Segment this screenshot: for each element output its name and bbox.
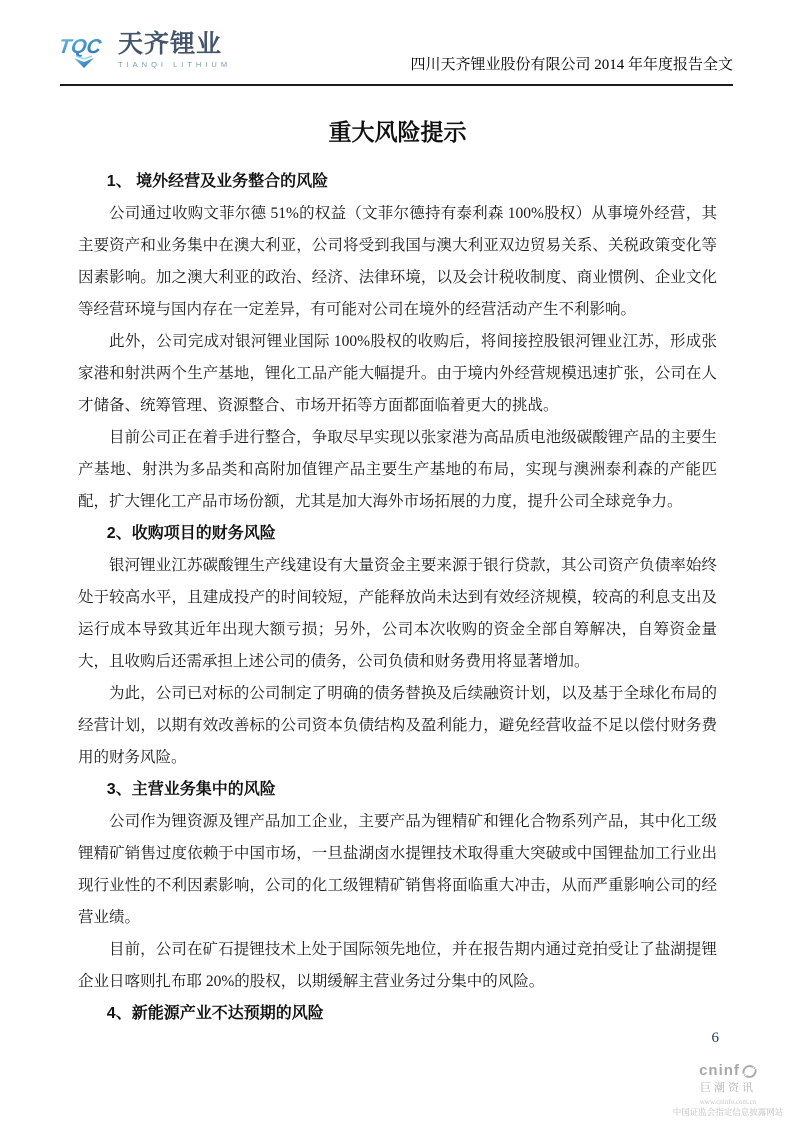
section-1-heading: 1、 境外经营及业务整合的风险 (78, 166, 717, 198)
cninfo-url: www.cninfo.com.cn (669, 1098, 787, 1107)
report-page: TQC 天齐锂业 TIANQI LITHIUM 四川天齐锂业股份有限公司 201… (0, 0, 793, 1122)
section-1-paragraph: 目前公司正在着手进行整合，争取尽早实现以张家港为高品质电池级碳酸锂产品的主要生产… (78, 422, 717, 518)
cninfo-brand-text: cninf (699, 1062, 740, 1081)
cninfo-name-cn: 巨潮资讯 (669, 1082, 787, 1096)
cninfo-swirl-icon (742, 1064, 757, 1079)
cninfo-tagline: 中国证监会指定信息披露网站 (669, 1107, 787, 1118)
svg-text:TQC: TQC (60, 36, 103, 58)
logo-text: 天齐锂业 TIANQI LITHIUM (118, 32, 231, 69)
section-3-paragraph: 公司作为锂资源及锂产品加工企业，主要产品为锂精矿和锂化合物系列产品，其中化工级锂… (78, 806, 717, 934)
company-logo: TQC 天齐锂业 TIANQI LITHIUM (60, 32, 231, 76)
tqc-logo-icon: TQC (60, 32, 112, 76)
section-3-heading: 3、主营业务集中的风险 (78, 774, 717, 806)
page-header: TQC 天齐锂业 TIANQI LITHIUM 四川天齐锂业股份有限公司 201… (60, 32, 733, 86)
logo-name-cn: 天齐锂业 (118, 32, 231, 57)
section-4-heading: 4、新能源产业不达预期的风险 (78, 998, 717, 1030)
section-2-paragraph: 为此，公司已对标的公司制定了明确的债务替换及后续融资计划，以及基于全球化布局的经… (78, 678, 717, 774)
header-report-title: 四川天齐锂业股份有限公司 2014 年年度报告全文 (410, 53, 733, 76)
section-1-paragraph: 此外，公司完成对银河锂业国际 100%股权的收购后，将间接控股银河锂业江苏，形成… (78, 326, 717, 422)
page-title: 重大风险提示 (78, 112, 717, 152)
section-1-paragraph: 公司通过收购文菲尔德 51%的权益（文菲尔德持有泰利森 100%股权）从事境外经… (78, 198, 717, 326)
cninfo-watermark: cninf 巨潮资讯 www.cninfo.com.cn 中国证监会指定信息披露… (669, 1062, 787, 1118)
section-3-paragraph: 目前，公司在矿石提锂技术上处于国际领先地位，并在报告期内通过竞拍受让了盐湖提锂企… (78, 934, 717, 998)
logo-name-en: TIANQI LITHIUM (118, 61, 231, 69)
section-2-paragraph: 银河锂业江苏碳酸锂生产线建设有大量资金主要来源于银行贷款，其公司资产负债率始终处… (78, 550, 717, 678)
cninfo-brand-row: cninf (669, 1062, 787, 1081)
page-number: 6 (712, 1030, 720, 1047)
document-body: 重大风险提示 1、 境外经营及业务整合的风险 公司通过收购文菲尔德 51%的权益… (78, 112, 717, 1030)
section-2-heading: 2、收购项目的财务风险 (78, 518, 717, 550)
